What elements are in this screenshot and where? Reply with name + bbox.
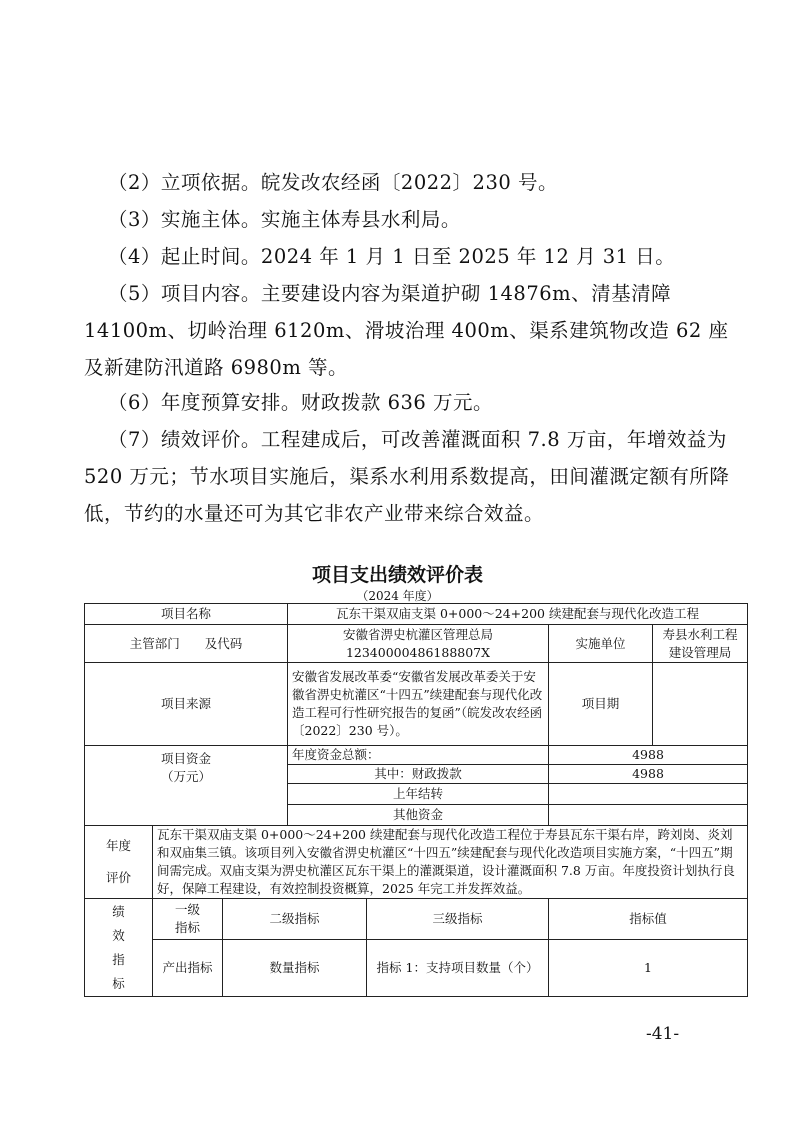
impl-unit: 寿县水利工程建设管理局 <box>653 625 748 663</box>
source-label: 项目来源 <box>85 663 288 746</box>
indicator-level3: 指标 1：支持项目数量（个） <box>367 940 549 997</box>
indicator-char: 绩 <box>89 900 148 924</box>
paragraph-evaluation: （7）绩效评价。工程建成后，可改善灌溉面积 7.8 万亩，年增效益为 520 万… <box>84 421 732 532</box>
period-label: 项目期 <box>549 663 653 746</box>
funds-label: 项目资金 （万元） <box>85 746 288 826</box>
funds-label-1: 项目资金 <box>89 750 283 768</box>
funds-row-value <box>549 805 748 826</box>
impl-unit-label: 实施单位 <box>549 625 653 663</box>
dept-cell: 安徽省淠史杭灌区管理总局 12340000486188807X <box>288 625 549 663</box>
header-level3: 三级指标 <box>367 899 549 940</box>
header-level2: 二级指标 <box>223 899 367 940</box>
project-name-label: 项目名称 <box>85 604 288 625</box>
page-number: -41- <box>646 1024 679 1044</box>
funds-row-value: 4988 <box>549 765 748 784</box>
funds-row-label: 上年结转 <box>288 784 549 805</box>
dept-code: 12340000486188807X <box>292 644 544 662</box>
indicator-char: 标 <box>89 972 148 996</box>
funds-row-value: 4988 <box>549 746 748 765</box>
indicator-char: 效 <box>89 924 148 948</box>
paragraph-implementer: （3）实施主体。实施主体寿县水利局。 <box>108 201 728 238</box>
indicator-level2: 数量指标 <box>223 940 367 997</box>
indicator-label: 绩 效 指 标 <box>85 899 153 997</box>
header-value: 指标值 <box>549 899 748 940</box>
period <box>653 663 748 746</box>
annual-eval-label-1: 年度 <box>89 837 148 855</box>
paragraph-period: （4）起止时间。2024 年 1 月 1 日至 2025 年 12 月 31 日… <box>108 238 728 275</box>
table-subtitle: （2024 年度） <box>0 587 795 604</box>
funds-label-2: （万元） <box>89 768 283 786</box>
performance-table: 项目名称 瓦东干渠双庙支渠 0+000～24+200 续建配套与现代化改造工程 … <box>84 603 748 997</box>
paragraph-basis: （2）立项依据。皖发改农经函〔2022〕230 号。 <box>108 164 728 201</box>
annual-eval-label-2: 评价 <box>89 869 148 887</box>
funds-row-label: 其中：财政拨款 <box>288 765 549 784</box>
indicator-level1: 产出指标 <box>153 940 223 997</box>
funds-row-label: 年度资金总额： <box>288 746 549 765</box>
paragraph-content: （5）项目内容。主要建设内容为渠道护砌 14876m、清基清障 14100m、切… <box>84 275 732 386</box>
dept-name: 安徽省淠史杭灌区管理总局 <box>292 626 544 644</box>
annual-eval-label: 年度 评价 <box>85 826 153 899</box>
indicator-char: 指 <box>89 948 148 972</box>
header-level1: 一级指标 <box>153 899 223 940</box>
paragraph-budget: （6）年度预算安排。财政拨款 636 万元。 <box>108 384 728 421</box>
funds-row-value <box>549 784 748 805</box>
indicator-value: 1 <box>549 940 748 997</box>
source: 安徽省发展改革委“安徽省发展改革委关于安徽省淠史杭灌区“十四五”续建配套与现代化… <box>288 663 549 746</box>
project-name: 瓦东干渠双庙支渠 0+000～24+200 续建配套与现代化改造工程 <box>288 604 748 625</box>
dept-label: 主管部门 及代码 <box>85 625 288 663</box>
funds-row-label: 其他资金 <box>288 805 549 826</box>
annual-eval: 瓦东干渠双庙支渠 0+000～24+200 续建配套与现代化改造工程位于寿县瓦东… <box>153 826 748 899</box>
table-title: 项目支出绩效评价表 <box>0 560 795 587</box>
